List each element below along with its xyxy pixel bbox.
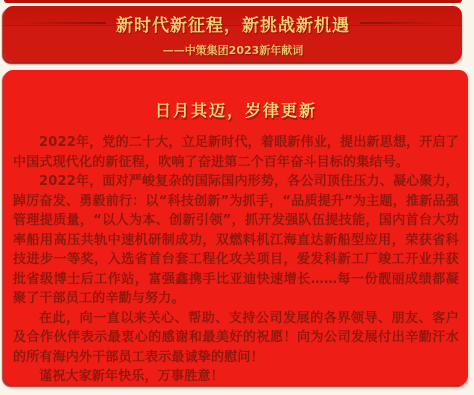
title-row: 新时代新征程，新挑战新机遇 [4,11,462,36]
greeting-heading: 日月其迈，岁律更新 [13,98,459,121]
greeting-card: 日月其迈，岁律更新 2022年，党的二十大，立足新时代，着眼新伟业，提出新思想，… [4,70,468,385]
title-decor-line-right [360,22,448,24]
page-title: 新时代新征程，新挑战新机遇 [106,11,360,36]
paragraph-thanks: 在此，向一直以来关心、帮助、支持公司发展的各界领导、朋友、客户及合作伙伴表示最衷… [13,309,459,368]
previous-card-bottom-edge [4,0,462,3]
paragraph-2022-party-congress: 2022年，党的二十大，立足新时代，着眼新伟业，提出新思想，开启了中国式现代化的… [13,133,459,172]
paragraph-company-achievements: 2022年，面对严峻复杂的国际国内形势，各公司顶住压力、凝心聚力，踔厉奋发、勇毅… [13,172,459,309]
title-decor-line-left [18,22,106,24]
header-subtitle: ——中策集团2023新年献词 [163,42,304,58]
paragraph-new-year-wish: 谨祝大家新年快乐，万事胜意！ [13,367,459,387]
greeting-body: 2022年，党的二十大，立足新时代，着眼新伟业，提出新思想，开启了中国式现代化的… [13,133,459,387]
header-card: 新时代新征程，新挑战新机遇 ——中策集团2023新年献词 [4,6,462,62]
